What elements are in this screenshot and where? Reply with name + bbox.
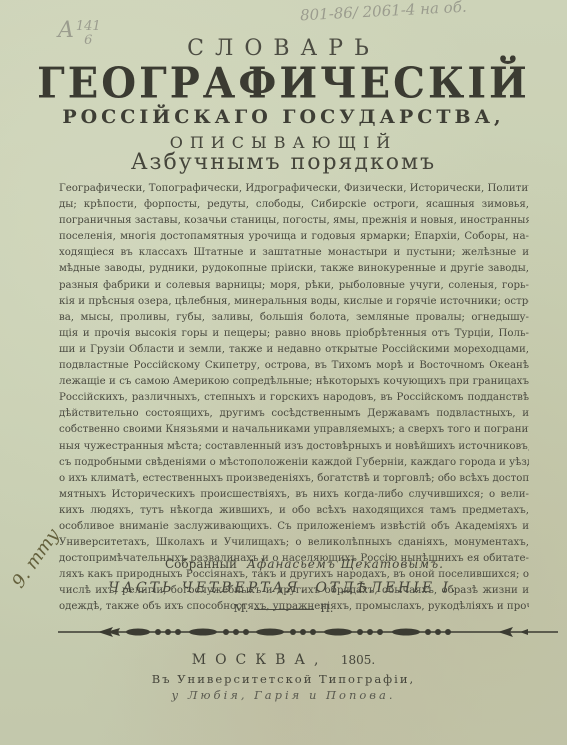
ornamental-rule-divider <box>58 626 558 638</box>
range-from: М. <box>234 602 249 615</box>
text-line: о ихъ климатѣ, естественныхъ произведенi… <box>59 471 529 487</box>
description-paragraph: Географически, Топографически, Идрографи… <box>59 181 529 616</box>
title-russian-state: РОССIЙСКАГО ГОСУДАРСТВА, <box>0 106 567 128</box>
handwritten-inventory-number: 801-86/ 2061-4 на об. <box>300 0 467 24</box>
title-page: A1416 801-86/ 2061-4 на об. 9. mmy СЛОВА… <box>0 0 567 745</box>
text-line: подвластные Россiйскому Скипетру, остров… <box>59 358 529 374</box>
imprint-year: 1805. <box>341 653 375 667</box>
text-line: ши и Грузiи Области и земли, также и нед… <box>59 342 529 358</box>
shelfmark-numerator: 141 <box>76 19 101 34</box>
text-line: поселенiя, многiя достопамятныя урочища … <box>59 229 529 245</box>
text-line: щiя и прочiя высокiя горы и пещеры; равн… <box>59 326 529 342</box>
text-line: ходящiеся въ классахъ Штатные и заштатны… <box>59 245 529 261</box>
collected-label: Собранный <box>165 557 237 571</box>
imprint-press: Въ Университетской Типографiи, <box>0 672 567 686</box>
title-slovar: СЛОВАРЬ <box>0 36 567 61</box>
title-geographic: ГЕОГРАФИЧЕСКIЙ <box>0 59 567 108</box>
imprint-city: МОСКВА, <box>192 652 328 668</box>
text-line: Географически, Топографически, Идрографи… <box>59 181 529 197</box>
range-to: П. <box>320 602 333 615</box>
text-line: кихъ людяхъ, тутъ нѣкогда жившихъ, и обо… <box>59 503 529 519</box>
text-line: ва, мысы, проливы, губы, заливы, большiя… <box>59 310 529 326</box>
letter-range: М.П. <box>0 602 567 615</box>
text-line: мѣдные заводы, рудники, рудокопные прiис… <box>59 261 529 277</box>
author-name: Афанасьемъ Щекатовымъ. <box>247 557 444 571</box>
text-line: собственно своими Князьями и начальникам… <box>59 422 529 438</box>
range-dash <box>254 609 314 610</box>
text-line: ды; крѣпости, форпосты, редуты, слободы,… <box>59 197 529 213</box>
imprint-city-year: МОСКВА, 1805. <box>0 652 567 668</box>
text-line: Университетахъ, Школахъ и Училищахъ; о в… <box>59 535 529 551</box>
author-line: Собранный Афанасьемъ Щекатовымъ. <box>165 557 444 571</box>
text-line: пограничныя заставы, козачьи станицы, по… <box>59 213 529 229</box>
text-line: мятныхъ Историческихъ происшествiяхъ, въ… <box>59 487 529 503</box>
text-line: разныя фабрики и солевыя варницы; моря, … <box>59 278 529 294</box>
text-line: Россiйскихъ, различныхъ, степныхъ и горс… <box>59 390 529 406</box>
text-line: съ подробными свѣденiями о мѣстоположенi… <box>59 455 529 471</box>
imprint-printers: у Любiя, Гарiя и Попова. <box>0 688 567 702</box>
text-line: кiя и прѣсныя озера, цѣлебныя, минеральн… <box>59 294 529 310</box>
text-line: лежащiе и съ самою Америкою сопредѣльные… <box>59 374 529 390</box>
text-line: ныя чужестранныя мѣста; составленный изъ… <box>59 439 529 455</box>
text-line: особливое вниманiе заслуживающихъ. Съ пр… <box>59 519 529 535</box>
text-line: дѣйствительно состоящихъ, другимъ сосѣдс… <box>59 406 529 422</box>
volume-part: ЧАСТЬ ЧЕТВЕРТАЯ. ОТДѢЛЕНIЕ I. <box>0 580 567 596</box>
title-alphabetical-order: Азбучнымъ порядкомъ <box>0 150 567 175</box>
